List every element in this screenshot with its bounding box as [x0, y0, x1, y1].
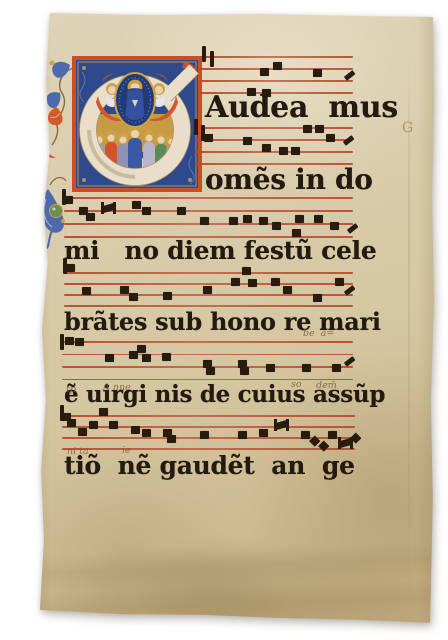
- leaf-shadow: Audea musomẽs in domi no diem festũ cele…: [0, 0, 448, 640]
- margin-guide-letter: G: [402, 120, 413, 136]
- photo-background: Audea musomẽs in domi no diem festũ cele…: [0, 0, 448, 640]
- interlinear-annotation: be a=: [303, 329, 334, 339]
- interlinear-annotation: ni ta: [67, 447, 89, 457]
- interlinear-annotation: dem̃: [316, 381, 337, 391]
- interlinear-annotation: ie: [122, 446, 131, 456]
- manuscript-leaf: Audea musomẽs in domi no diem festũ cele…: [36, 11, 434, 629]
- interlinear-annotations: be a=tp̃A nnesodem̃ni taie: [36, 11, 434, 629]
- interlinear-annotation: tp̃: [66, 385, 76, 395]
- interlinear-annotation: so: [291, 380, 302, 390]
- interlinear-annotation: A nne: [103, 383, 131, 393]
